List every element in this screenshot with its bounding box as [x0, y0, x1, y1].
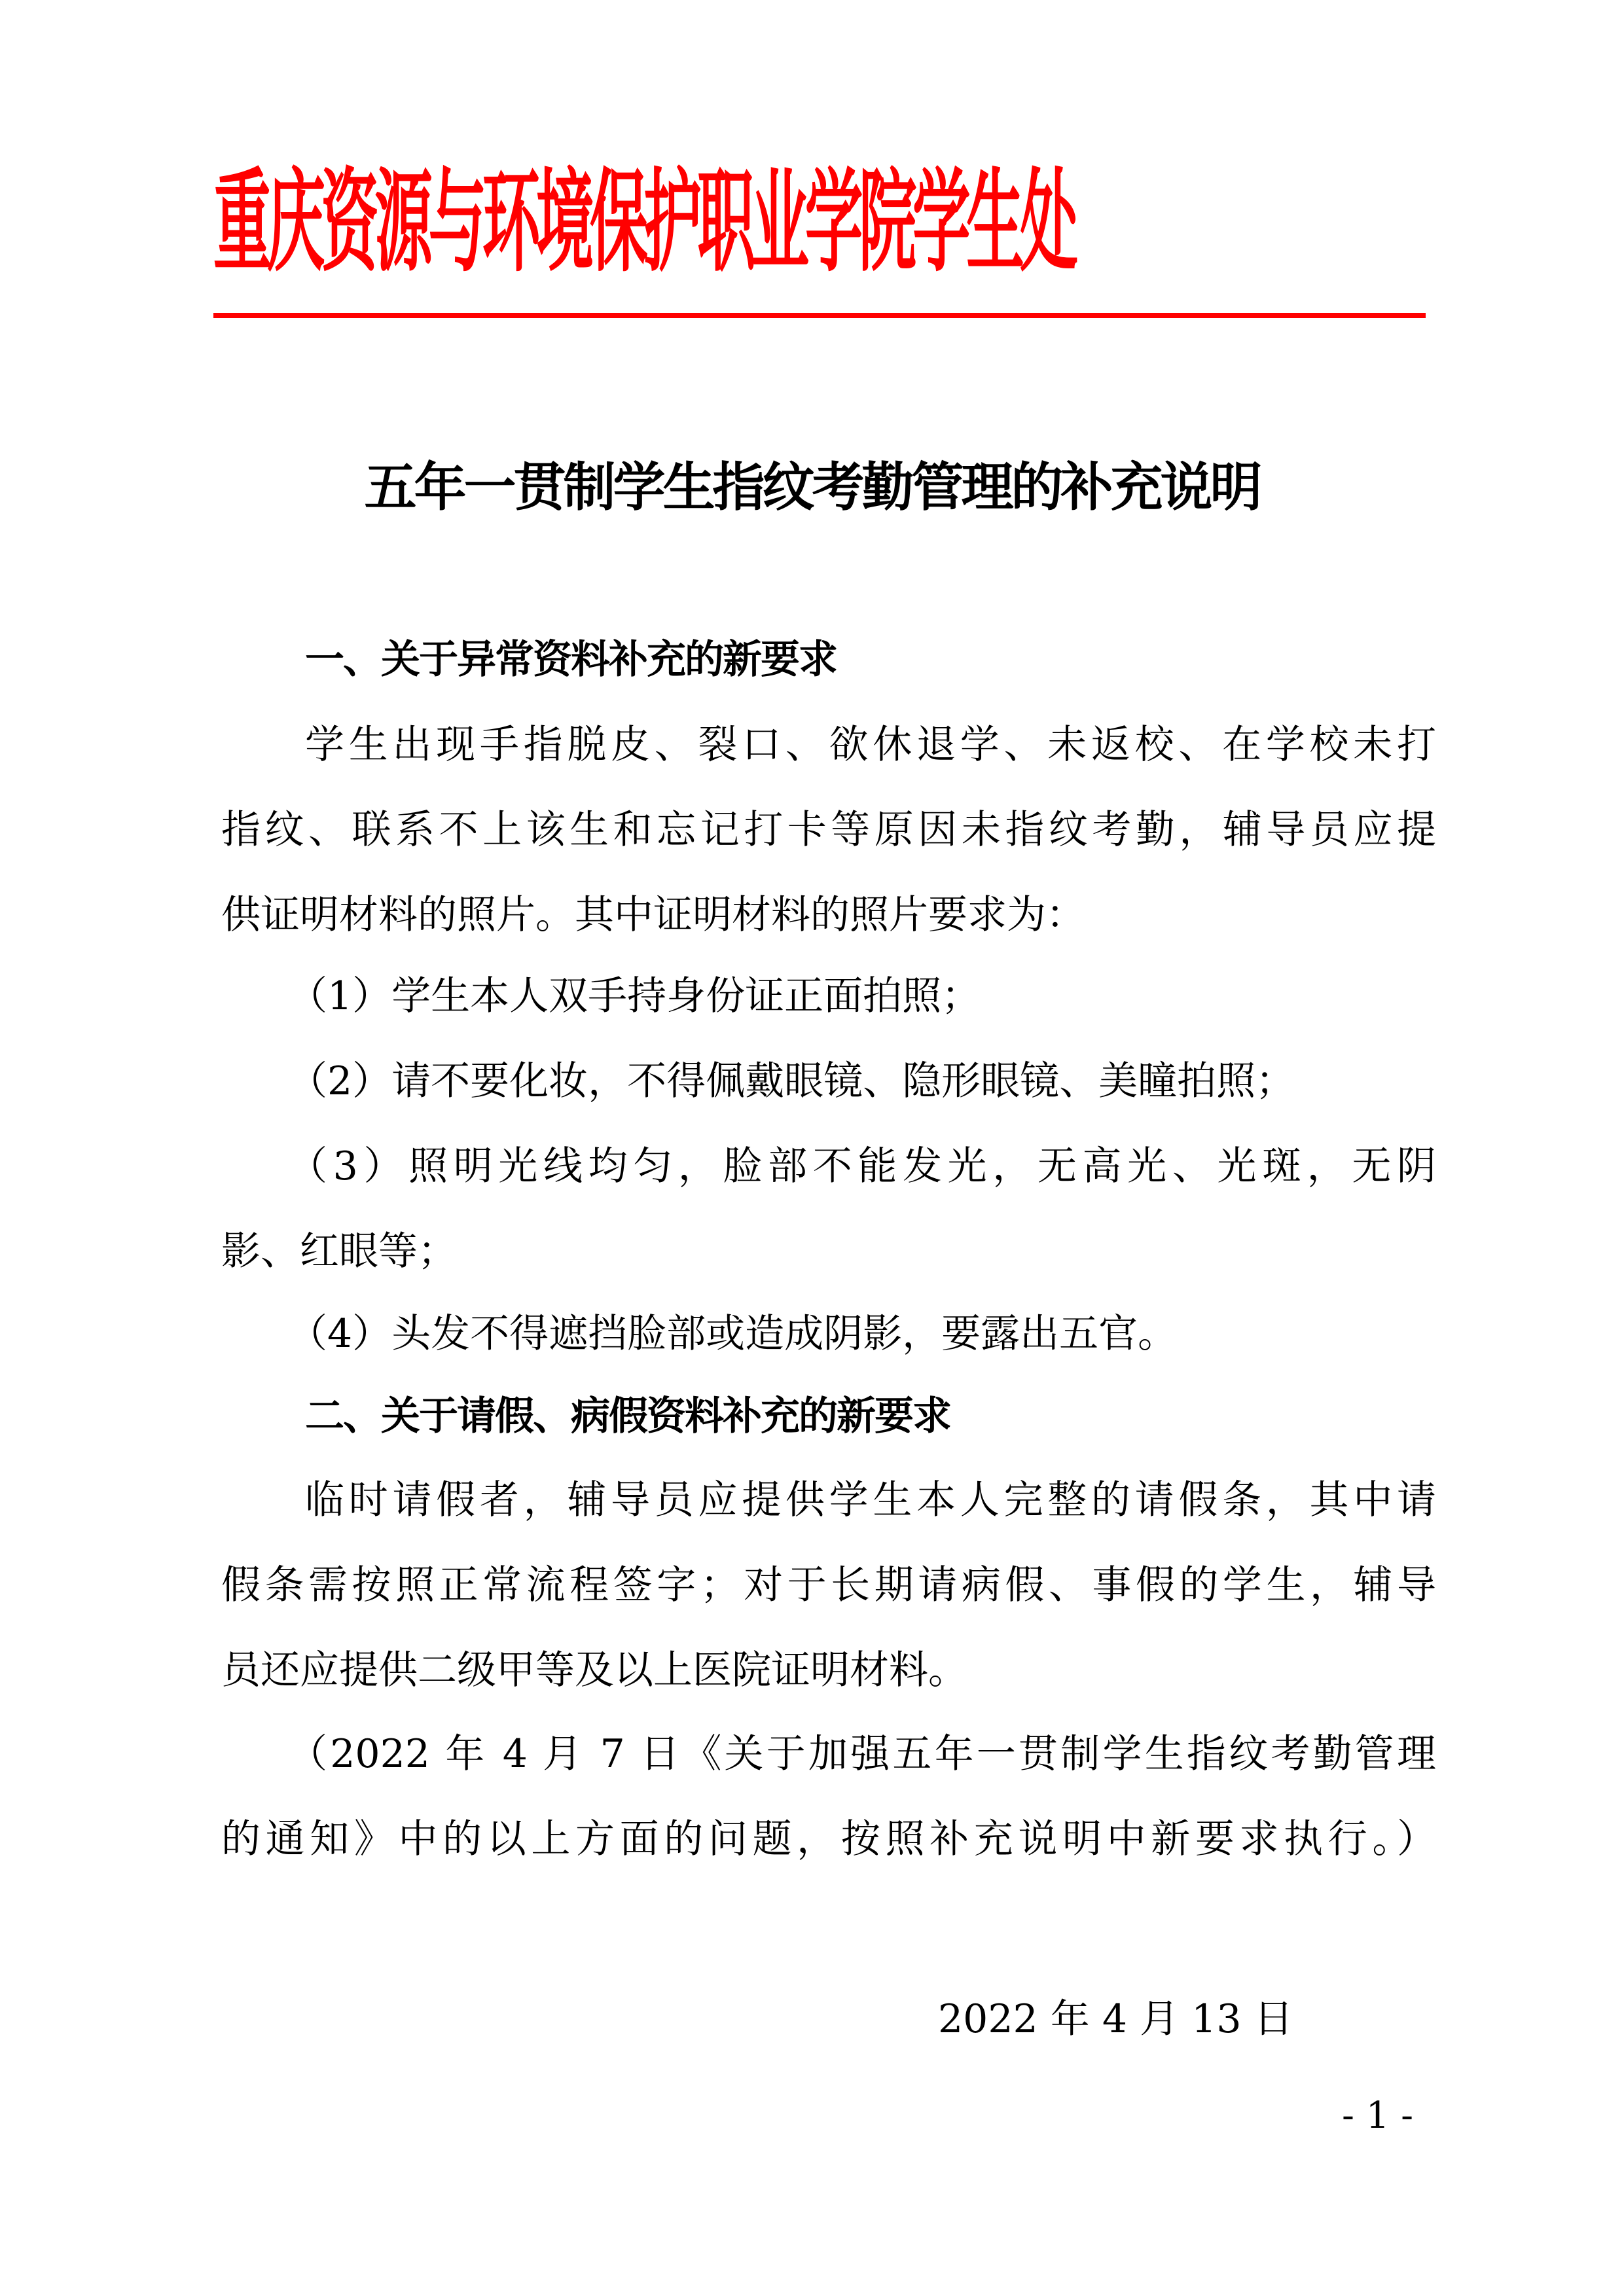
note-line: （2022 年 4 月 7 日《关于加强五年一贯制学生指纹考勤管理	[288, 1728, 1436, 1780]
section-heading-1: 一、关于异常资料补充的新要求	[305, 634, 1436, 686]
paragraph-line: 供证明材料的照片。其中证明材料的照片要求为：	[221, 889, 1436, 941]
list-item: （3）照明光线均匀，脸部不能发光，无高光、光斑，无阴	[288, 1140, 1436, 1193]
paragraph-line: 假条需按照正常流程签字；对于长期请病假、事假的学生，辅导	[221, 1559, 1436, 1611]
list-item-continuation: 影、红眼等；	[221, 1225, 1436, 1278]
paragraph-line: 指纹、联系不上该生和忘记打卡等原因未指纹考勤，辅导员应提	[221, 804, 1436, 856]
list-item: （2）请不要化妆，不得佩戴眼镜、隐形眼镜、美瞳拍照；	[288, 1055, 1419, 1107]
list-item: （4）头发不得遮挡脸部或造成阴影，要露出五官。	[288, 1308, 1419, 1360]
section-heading-2: 二、关于请假、病假资料补充的新要求	[305, 1390, 1436, 1443]
org-header: 重庆资源与环境保护职业学院学生处	[213, 154, 844, 291]
list-item: （1）学生本人双手持身份证正面拍照；	[288, 970, 1419, 1022]
paragraph-line: 学生出现手指脱皮、裂口、欲休退学、未返校、在学校未打	[305, 719, 1436, 771]
page-number: - 1 -	[1342, 2093, 1413, 2139]
paragraph-line: 临时请假者，辅导员应提供学生本人完整的请假条，其中请	[305, 1474, 1436, 1526]
document-date: 2022 年 4 月 13 日	[938, 1993, 1293, 2045]
paragraph-line: 员还应提供二级甲等及以上医院证明材料。	[221, 1644, 1436, 1696]
document-title: 五年一贯制学生指纹考勤管理的补充说明	[0, 455, 1624, 520]
header-divider	[213, 313, 1426, 318]
note-line: 的通知》中的以上方面的问题，按照补充说明中新要求执行。）	[221, 1813, 1436, 1865]
